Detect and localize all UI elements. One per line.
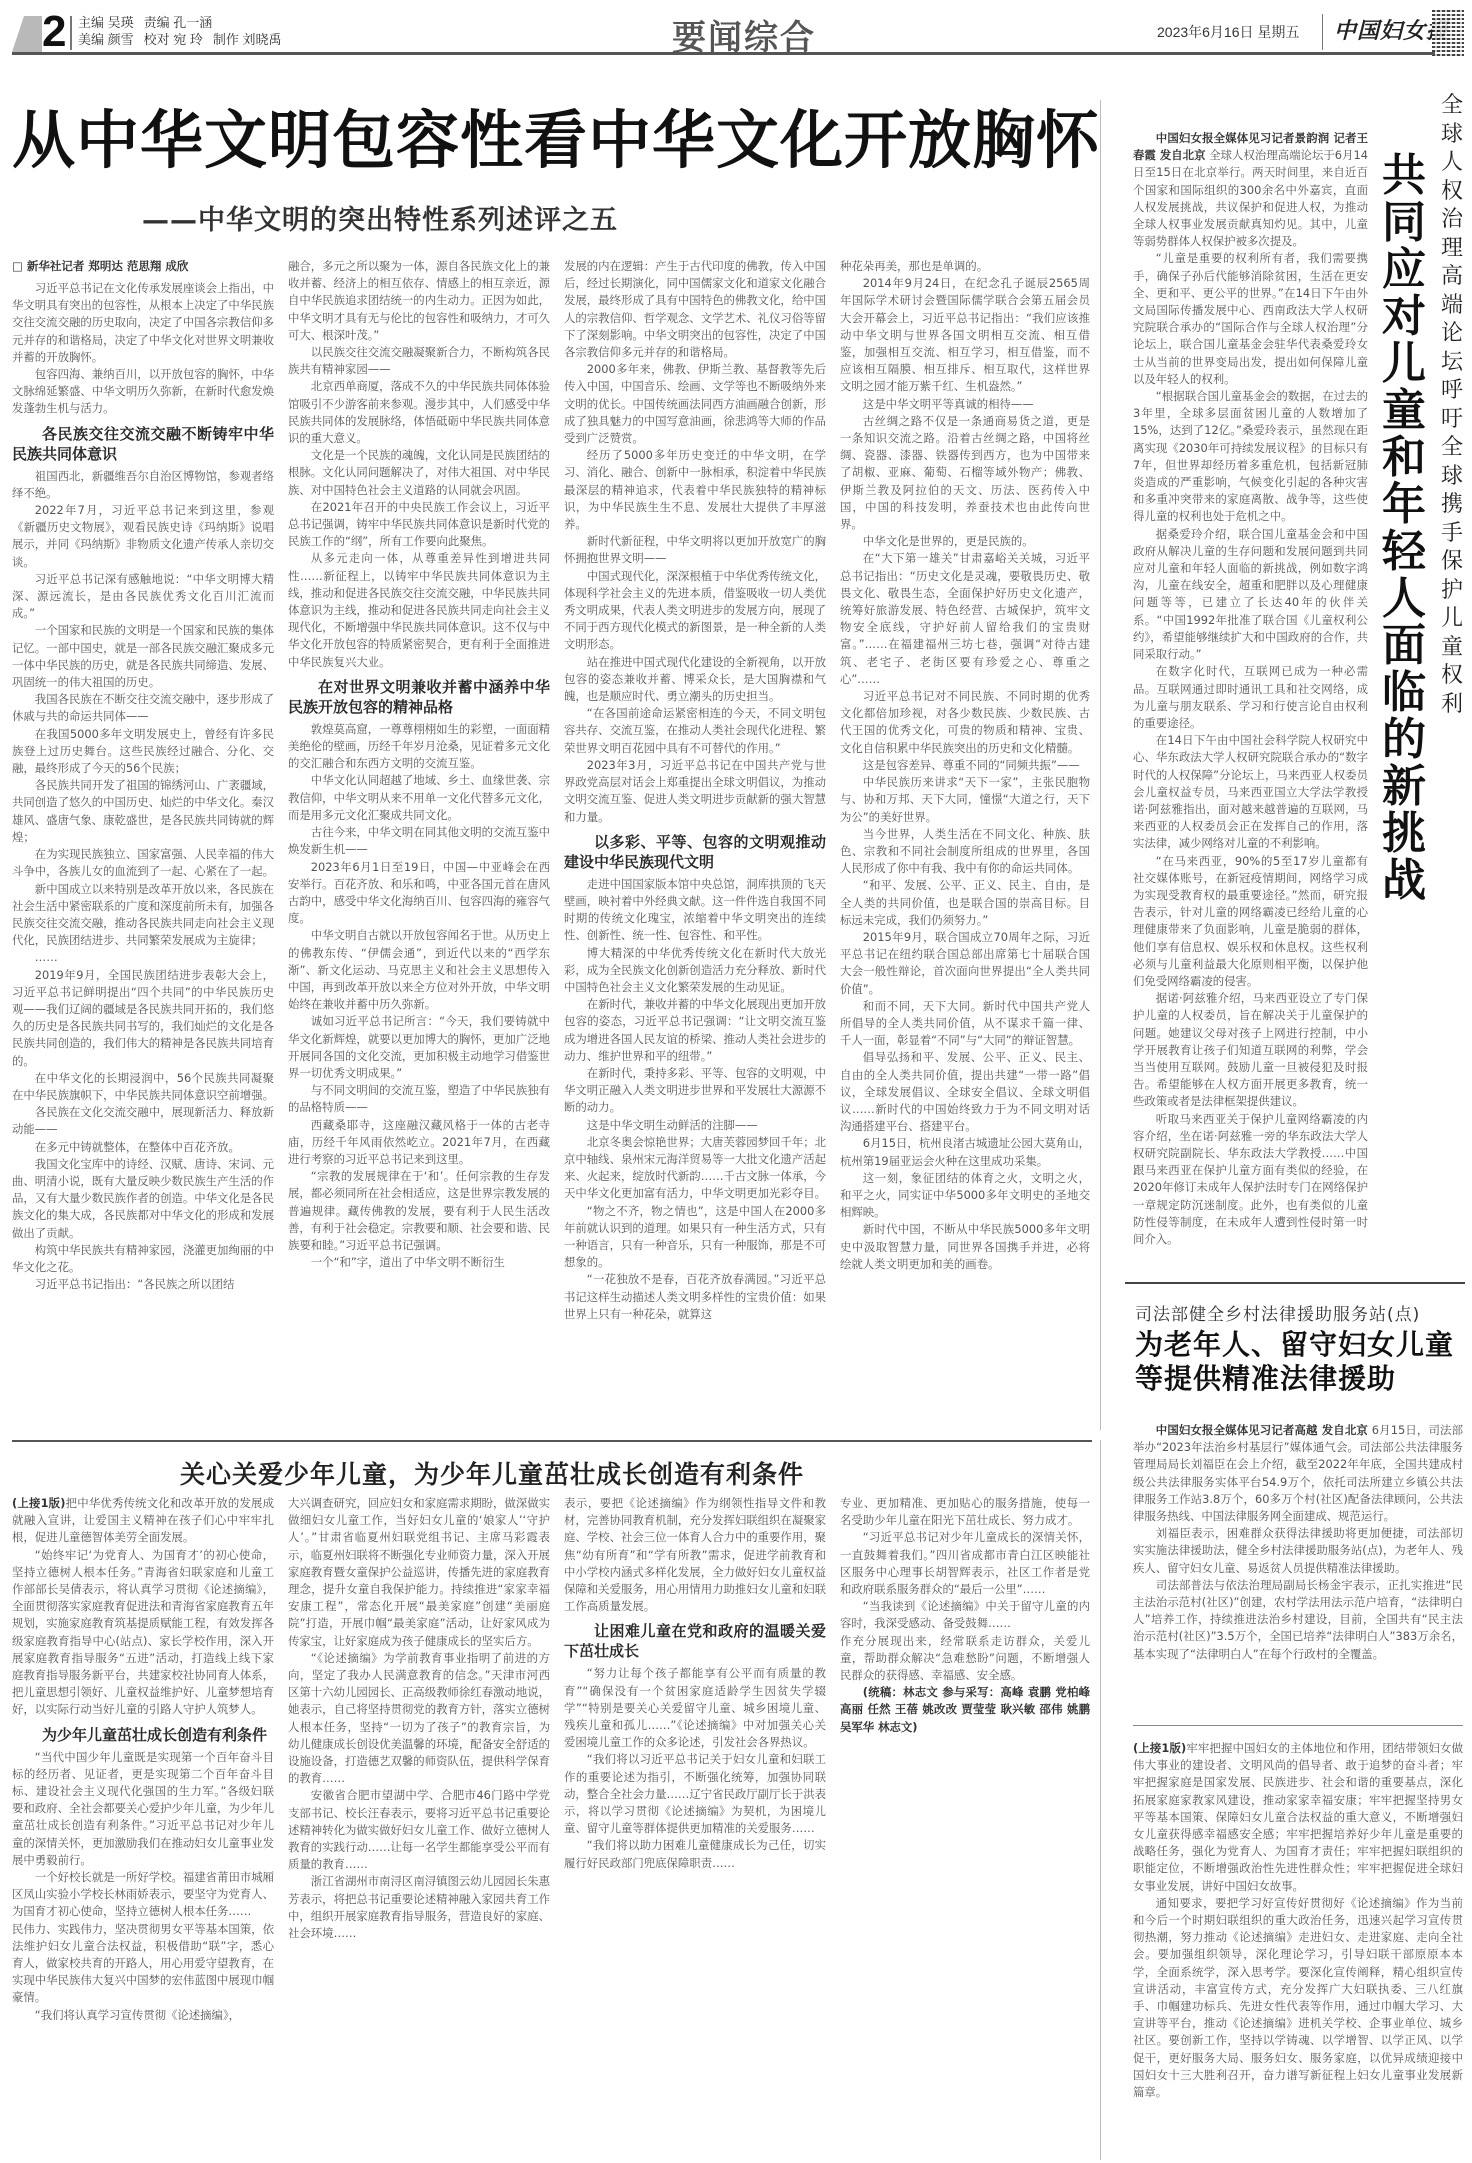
paragraph: 敦煌莫高窟，一尊尊栩栩如生的彩塑，一面面精美绝伦的壁画，历经千年岁月沧桑，见证着… xyxy=(288,721,550,773)
paragraph: 一个国家和民族的文明是一个国家和民族的集体记忆。一部中国史，就是一部各民族交融汇… xyxy=(12,622,274,691)
page-number: 2 xyxy=(42,10,66,54)
column-divider xyxy=(1100,1440,1101,2160)
qr-code-icon[interactable] xyxy=(1432,8,1464,56)
paragraph: 发展的内在逻辑：产生于古代印度的佛教，传入中国后，经过长期演化，同中国儒家文化和… xyxy=(564,258,826,361)
paragraph: 中华文明自古就以开放包容闻名于世。从历史上的佛教东传、“伊儒会通”，到近代以来的… xyxy=(288,927,550,1013)
right-story-kicker-vertical: 全球人权治理高端论坛呼吁全球携手保护儿童权利 xyxy=(1440,92,1464,719)
paragraph: 在新时代，秉持多彩、平等、包容的文明观，中华文明正融入人类文明进步世界和平发展壮… xyxy=(564,1065,826,1117)
paragraph: “和平、发展、公平、正义、民主、自由，是全人类的共同价值，也是联合国的崇高目标。… xyxy=(840,877,1090,929)
paragraph: 民伟力、实践伟力，坚决贯彻男女平等基本国策，依法维护妇女儿童合法权益，积极借助“… xyxy=(12,1921,274,2007)
masthead-divider xyxy=(70,16,72,50)
right-story-headline-vertical: 共同应对儿童和年轻人面临的新挑战 xyxy=(1375,152,1433,904)
main-byline: □ 新华社记者 郑明达 范思翔 成欣 xyxy=(12,258,188,274)
continued-story-body: (上接1版)牢牢把握中国妇女的主体地位和作用，团结带领妇女做伟大事业的建设者、文… xyxy=(1133,1740,1463,2155)
paragraph: 浙江省湖州市南浔区南浔镇图云幼儿园园长朱惠芳表示，将把总书记重要论述精神融入家园… xyxy=(288,1873,550,1942)
paragraph: 新时代新征程，中华文明将以更加开放宽广的胸怀拥抱世界文明—— xyxy=(564,533,826,567)
paragraph: 在新时代，兼收并蓄的中华文化展现出更加开放包容的姿态，习近平总书记强调：“让文明… xyxy=(564,996,826,1065)
paragraph: “当我读到《论述摘编》中关于留守儿童的内容时，我深受感动、备受鼓舞…… xyxy=(840,1598,1090,1632)
issue-date: 2023年6月16日 星期五 xyxy=(1157,22,1299,42)
paragraph: “《论述摘编》为学前教育事业指明了前进的方向，坚定了我办人民满意教育的信念。”天… xyxy=(288,1650,550,1788)
paragraph: 祖国西北，新疆维吾尔自治区博物馆，参观者络绎不绝。 xyxy=(12,468,274,502)
paragraph: “物之不齐，物之情也”，这是中国人在2000多年前就认识到的道理。如果只有一种生… xyxy=(564,1203,826,1272)
paragraph: 博大精深的中华优秀传统文化在新时代大放光彩，成为全民族文化创新创造活力充分释放、… xyxy=(564,945,826,997)
bottom-article-column-3: 表示，要把《论述摘编》作为纲领性指导文件和教材，完善协同教育机制，充分发挥妇联组… xyxy=(564,1495,826,2155)
paragraph: 各民族共同开发了祖国的锦绣河山、广袤疆域，共同创造了悠久的中国历史、灿烂的中华文… xyxy=(12,777,274,846)
legal-story-kicker: 司法部健全乡村法律援助服务站(点) xyxy=(1135,1300,1420,1325)
paragraph: 在“大下第一雄关”甘肃嘉峪关关城，习近平总书记指出：“历史文化是灵魂，要敬畏历史… xyxy=(840,550,1090,688)
paragraph: 各民族在文化交流交融中，展现新活力、释放新动能—— xyxy=(12,1104,274,1138)
paragraph: 专业、更加精准、更加贴心的服务措施，使每一名受助少年儿童在阳光下茁壮成长、努力成… xyxy=(840,1495,1090,1529)
paragraph: 这一刻，象征团结的体育之火，文明之火，和平之火，同实证中华5000多年文明史的圣… xyxy=(840,1170,1090,1222)
paragraph: 作充分展现出来，经常联系走访群众，关爱儿童，帮助群众解决“急难愁盼”问题，不断增… xyxy=(840,1633,1090,1685)
paragraph: “宗教的发展规律在于‘和’。任何宗教的生存发展，都必须同所在社会相适应，这是世界… xyxy=(288,1168,550,1254)
paragraph: “努力让每个孩子都能享有公平而有质量的教育”“确保没有一个贫困家庭适龄学生因贫失… xyxy=(564,1665,826,1751)
section-heading: 在对世界文明兼收并蓄中涵养中华民族开放包容的精神品格 xyxy=(288,677,550,717)
section-heading: 以多彩、平等、包容的文明观推动建设中华民族现代文明 xyxy=(564,832,826,872)
credit-editor: 责编 孔一涵 xyxy=(144,15,213,30)
paragraph: 大兴调查研究，回应妇女和家庭需求期盼，做深做实做细妇女儿童工作，当好妇女儿童的‘… xyxy=(288,1495,550,1650)
masthead: 2 主编 吴瑛责编 孔一涵 美编 颜雪校对 宛 玲制作 刘晓禹 要闻综合 202… xyxy=(12,8,1467,54)
main-article-column-1: 习近平总书记在文化传承发展座谈会上指出，中华文明具有突出的包容性，从根本上决定了… xyxy=(12,280,274,1430)
main-article-column-3: 发展的内在逻辑：产生于古代印度的佛教，传入中国后，经过长期演化，同中国儒家文化和… xyxy=(564,258,826,1430)
paragraph: 习近平总书记对不同民族、不同时期的优秀文化都倍加珍视，对各少数民族、少数民族、古… xyxy=(840,688,1090,757)
paragraph: 新时代中国，不断从中华民族5000多年文明史中汲取智慧力量，同世界各国携手并进，… xyxy=(840,1221,1090,1273)
paragraph: “儿童是重要的权利所有者，我们需要携手，确保子孙后代能够消除贫困，生活在更安全、… xyxy=(1133,250,1368,388)
bottom-article-column-1: (上接1版)把中华优秀传统文化和改革开放的发展成就融入宣讲，让爱国主义精神在孩子… xyxy=(12,1495,274,2155)
paragraph: 和而不同，天下大同。新时代中国共产党人所倡导的全人类共同价值，从不谋求千篇一律、… xyxy=(840,998,1090,1050)
paragraph: “当代中国少年儿童既是实现第一个百年奋斗目标的经历者、见证者，更是实现第二个百年… xyxy=(12,1749,274,1869)
paragraph: “根据联合国儿童基金会的数据，在过去的3年里，全球多层面贫困儿童的人数增加了15… xyxy=(1133,388,1368,526)
page-number-wedge xyxy=(12,16,42,52)
paragraph: 通知要求，要把学习好宣传好贯彻好《论述摘编》作为当前和今后一个时期妇联组织的重大… xyxy=(1133,1895,1463,2101)
bottom-article-headline: 关心关爱少年儿童，为少年儿童茁壮成长创造有利条件 xyxy=(180,1455,804,1491)
paragraph: 倡导弘扬和平、发展、公平、正义、民主、自由的全人类共同价值，提出共建“一带一路”… xyxy=(840,1049,1090,1135)
paragraph: 在数字化时代，互联网已成为一种必需品。互联网通过即时通讯工具和社交网络，成为儿童… xyxy=(1133,663,1368,732)
story-divider xyxy=(1133,1725,1463,1726)
paragraph: 2019年9月，全国民族团结进步表彰大会上，习近平总书记鲜明提出“四个共同”的中… xyxy=(12,967,274,1070)
paragraph: 种花朵再美，那也是单调的。 xyxy=(840,258,1090,275)
section-heading: 为少年儿童茁壮成长创造有利条件 xyxy=(12,1725,274,1745)
page-number-badge: 2 xyxy=(12,16,68,52)
credit-producer: 制作 刘晓禹 xyxy=(213,32,282,47)
paragraph: 2015年9月，联合国成立70周年之际，习近平总书记在纽约联合国总部出席第七十届… xyxy=(840,929,1090,998)
main-article-column-2: 融合，多元之所以聚为一体，源自各民族文化上的兼收并蓄、经济上的相互依存、情感上的… xyxy=(288,258,550,1430)
paragraph: “我们将以习近平总书记关于妇女儿童和妇联工作的重要论述为指引，不断强化统筹，加强… xyxy=(564,1751,826,1837)
paragraph: 在多元中铸就整体，在整体中百花齐放。 xyxy=(12,1139,274,1156)
paragraph-text: 全球人权治理高端论坛于6月14日至15日在北京举行。两天时间里，来自近百个国家和… xyxy=(1133,148,1368,248)
continued-from-label: (上接1版) xyxy=(12,1496,65,1510)
paragraph: …… xyxy=(12,949,274,966)
right-story-body: 中国妇女报全媒体见习记者景韵润 记者王春霞 发自北京 全球人权治理高端论坛于6月… xyxy=(1133,130,1368,1280)
paragraph: 2000多年来，佛教、伊斯兰教、基督教等先后传入中国，中国音乐、绘画、文学等也不… xyxy=(564,361,826,447)
section-heading: 让困难儿童在党和政府的温暖关爱下茁壮成长 xyxy=(564,1621,826,1661)
paragraph: “在各国前途命运紧密相连的今天，不同文明包容共存、交流互鉴，在推动人类社会现代化… xyxy=(564,705,826,757)
paragraph: 我国文化宝库中的诗经、汉赋、唐诗、宋词、元曲、明清小说，既有大量反映少数民族生产… xyxy=(12,1156,274,1242)
masthead-divider-right xyxy=(1322,14,1323,50)
paragraph: 在14日下午由中国社会科学院人权研究中心、华东政法大学人权研究院联合承办的“数字… xyxy=(1133,732,1368,852)
paragraph: 融合，多元之所以聚为一体，源自各民族文化上的兼收并蓄、经济上的相互依存、情感上的… xyxy=(288,258,550,344)
bottom-article-column-4: 专业、更加精准、更加贴心的服务措施，使每一名受助少年儿童在阳光下茁壮成长、努力成… xyxy=(840,1495,1090,2155)
main-headline: 从中华文明包容性看中华文化开放胸怀 xyxy=(12,100,1092,180)
legal-story-byline: 中国妇女报全媒体见习记者高越 发自北京 xyxy=(1156,1423,1368,1437)
paragraph: 新中国成立以来特别是改革开放以来，各民族在社会生活中紧密联系的广度和深度前所未有… xyxy=(12,881,274,950)
paragraph: 这是包容差异、尊重不同的“同频共振”—— xyxy=(840,757,1090,774)
paragraph: 听取马来西亚关于保护儿童网络霸凌的内容介绍，坐在诺·阿兹雅一旁的华东政法大学人权… xyxy=(1133,1111,1368,1249)
paragraph: 文化是一个民族的魂魄，文化认同是民族团结的根脉。文化认同问题解决了，对伟大祖国、… xyxy=(288,447,550,499)
paragraph: 古往今来，中华文明在同其他文明的交流互鉴中焕发新生机—— xyxy=(288,824,550,858)
credit-chief-editor: 主编 吴瑛 xyxy=(78,15,134,30)
paragraph: “我们将认真学习宣传贯彻《论述摘编》， xyxy=(12,2007,274,2024)
paragraph: 在我国5000多年文明发展史上，曾经有许多民族登上过历史舞台。这些民族经过融合、… xyxy=(12,726,274,778)
paragraph: 北京冬奥会惊艳世界；大唐芙蓉园梦回千年；北京中轴线、泉州宋元海洋贸易等一大批文化… xyxy=(564,1134,826,1203)
paragraph: 从多元走向一体，从尊重差异性到增进共同性……新征程上，以铸牢中华民族共同体意识为… xyxy=(288,550,550,670)
legal-story-body: 中国妇女报全媒体见习记者高越 发自北京 6月15日，司法部举办“2023年法治乡… xyxy=(1133,1422,1463,1692)
paragraph: “我们将以助力困难儿童健康成长为己任，切实履行好民政部门兜底保障职责…… xyxy=(564,1837,826,1871)
paragraph: 在2021年召开的中央民族工作会议上，习近平总书记强调，铸牢中华民族共同体意识是… xyxy=(288,499,550,551)
paragraph: 站在推进中国式现代化建设的全新视角，以开放包容的姿态兼收并蓄、博采众长，是大国胸… xyxy=(564,654,826,706)
paragraph: 司法部普法与依法治理局副局长杨金宇表示，正扎实推进“民主法治示范村(社区)”创建… xyxy=(1133,1577,1463,1663)
paragraph: 西藏桑耶寺，这座融汉藏风格于一体的古老寺庙，历经千年风雨依然屹立。2021年7月… xyxy=(288,1117,550,1169)
paragraph: 在中华文化的长期浸润中，56个民族共同凝聚在中华民族旗帜下，中华民族共同体意识空… xyxy=(12,1070,274,1104)
paragraph: 习近平总书记指出：“各民族之所以团结 xyxy=(12,1276,274,1293)
paragraph: 经历了5000多年历史变迁的中华文明，在学习、消化、融合、创新中一脉相承，积淀着… xyxy=(564,447,826,533)
story-divider xyxy=(1125,1282,1465,1284)
paragraph: 以民族交往交流交融凝聚新合力，不断构筑各民族共有精神家园—— xyxy=(288,344,550,378)
paragraph: 据诺·阿兹雅介绍，马来西亚设立了专门保护儿童的人权委员，旨在解决关于儿童保护的问… xyxy=(1133,990,1368,1110)
paragraph-text: 6月15日，司法部举办“2023年法治乡村基层行”媒体通气会。司法部公共法律服务… xyxy=(1133,1423,1463,1523)
paragraph: 构筑中华民族共有精神家园，浇灌更加绚丽的中华文化之花。 xyxy=(12,1242,274,1276)
paragraph: 2023年6月1日至19日，中国—中亚峰会在西安举行。百花齐放、和乐和鸣，中亚各… xyxy=(288,859,550,928)
paragraph: 北京西单商厦，落成不久的中华民族共同体体验馆吸引不少游客前来参观。漫步其中，人们… xyxy=(288,378,550,447)
paragraph: 中华文化是世界的，更是民族的。 xyxy=(840,533,1090,550)
paragraph: 当今世界，人类生活在不同文化、种族、肤色、宗教和不同社会制度所组成的世界里，各国… xyxy=(840,826,1090,878)
paragraph: “在马来西亚，90%的5至17岁儿童都有社交媒体账号，在新冠疫情期间，网络学习成… xyxy=(1133,853,1368,991)
masthead-rule xyxy=(12,52,1435,55)
paragraph-text: 牢牢把握中国妇女的主体地位和作用，团结带领妇女做伟大事业的建设者、文明风尚的倡导… xyxy=(1133,1741,1463,1893)
paragraph: 在为实现民族独立、国家富强、人民幸福的伟大斗争中，各族儿女的血流到了一起、心紧在… xyxy=(12,846,274,880)
editor-credits: 主编 吴瑛责编 孔一涵 美编 颜雪校对 宛 玲制作 刘晓禹 xyxy=(78,14,291,48)
credit-art-editor: 美编 颜雪 xyxy=(78,32,134,47)
paragraph: 表示，要把《论述摘编》作为纲领性指导文件和教材，完善协同教育机制，充分发挥妇联组… xyxy=(564,1495,826,1615)
paragraph: “习近平总书记对少年儿童成长的深情关怀，一直鼓舞着我们。”四川省成都市青白江区映… xyxy=(840,1529,1090,1598)
main-subheadline: ——中华文明的突出特性系列述评之五 xyxy=(142,198,618,237)
paragraph: 中国式现代化，深深根植于中华优秀传统文化，体现科学社会主义的先进本质，借鉴吸收一… xyxy=(564,568,826,654)
column-divider xyxy=(1100,100,1101,1430)
paragraph: 走进中国国家版本馆中央总馆，洞库拱顶的飞天壁画，映衬着中外经典文献。这一件件选自… xyxy=(564,876,826,945)
paragraph: 6月15日，杭州良渚古城遗址公园大莫角山，杭州第19届亚运会火种在这里成功采集。 xyxy=(840,1135,1090,1169)
continued-from-label: (上接1版) xyxy=(1133,1741,1186,1755)
paragraph: 2023年3月，习近平总书记在中国共产党与世界政党高层对话会上郑重提出全球文明倡… xyxy=(564,757,826,826)
paragraph: 我国各民族在不断交往交流交融中，逐步形成了休戚与共的命运共同体—— xyxy=(12,691,274,725)
bottom-article-column-2: 大兴调查研究，回应妇女和家庭需求期盼，做深做实做细妇女儿童工作，当好妇女儿童的‘… xyxy=(288,1495,550,2155)
main-article-column-4: 种花朵再美，那也是单调的。 2014年9月24日，在纪念孔子诞辰2565周年国际… xyxy=(840,258,1090,1430)
paragraph: 古丝绸之路不仅是一条通商易货之道，更是一条知识交流之路。沿着古丝绸之路，中国将丝… xyxy=(840,413,1090,533)
paragraph: 中华文化认同超越了地域、乡土、血缘世袭、宗教信仰，中华文明从来不用单一文化代替多… xyxy=(288,772,550,824)
paragraph: 这是中华文明平等真诚的相待—— xyxy=(840,396,1090,413)
paragraph: 刘福臣表示，困难群众获得法律援助将更加便捷，司法部切实实施法律援助法，健全乡村法… xyxy=(1133,1525,1463,1577)
paragraph: 一个好校长就是一所好学校。福建省莆田市城厢区凤山实验小学校长林雨娇表示，要坚守为… xyxy=(12,1869,274,1921)
credit-proofreader: 校对 宛 玲 xyxy=(144,32,203,47)
paragraph: 一个“和”字，道出了中华文明不断衍生 xyxy=(288,1254,550,1271)
article-credits: (统稿：林志文 参与采写：高峰 袁鹏 党柏峰 高丽 任然 王蓓 姚改改 贾莹莹 … xyxy=(840,1684,1090,1736)
paragraph: 这是中华文明生动鲜活的注脚—— xyxy=(564,1117,826,1134)
paragraph: “一花独放不是春，百花齐放春满园。”习近平总书记这样生动描述人类文明多样性的宝贵… xyxy=(564,1271,826,1323)
paragraph: “始终牢记‘为党育人、为国育才’的初心使命，坚持立德树人根本任务。”青海省妇联家… xyxy=(12,1547,274,1719)
paragraph: 2014年9月24日，在纪念孔子诞辰2565周年国际学术研讨会暨国际儒学联合会第… xyxy=(840,275,1090,395)
paragraph: 安徽省合肥市望湖中学、合肥市46门路中学党支部书记、校长汪春表示，要将习近平总书… xyxy=(288,1787,550,1873)
section-heading: 各民族交往交流交融不断铸牢中华民族共同体意识 xyxy=(12,424,274,464)
paragraph: 与不同文明间的交流互鉴，塑造了中华民族独有的品格特质—— xyxy=(288,1082,550,1116)
paragraph: 包容四海、兼纳百川，以开放包容的胸怀，中华文脉绵延繁盛、中华文明历久弥新，在新时… xyxy=(12,366,274,418)
paragraph: 习近平总书记深有感触地说：“中华文明博大精深、源远流长，是由各民族优秀文化百川汇… xyxy=(12,571,274,623)
section-rule xyxy=(12,1440,1092,1442)
paragraph: 习近平总书记在文化传承发展座谈会上指出，中华文明具有突出的包容性，从根本上决定了… xyxy=(12,280,274,366)
paragraph: 据桑爱玲介绍，联合国儿童基金会和中国政府从解决儿童的生存问题和发展问题到共同应对… xyxy=(1133,526,1368,664)
paragraph: 诚如习近平总书记所言：“今天，我们要铸就中华文化新辉煌，就要以更加博大的胸怀，更… xyxy=(288,1013,550,1082)
paragraph: 中华民族历来讲求“天下一家”，主张民胞物与、协和万邦、天下大同，憧憬“大道之行，… xyxy=(840,774,1090,826)
paragraph: 2022年7月，习近平总书记来到这里，参观《新疆历史文物展》，观看民族史诗《玛纳… xyxy=(12,502,274,571)
legal-story-headline: 为老年人、留守妇女儿童等提供精准法律援助 xyxy=(1135,1328,1465,1396)
